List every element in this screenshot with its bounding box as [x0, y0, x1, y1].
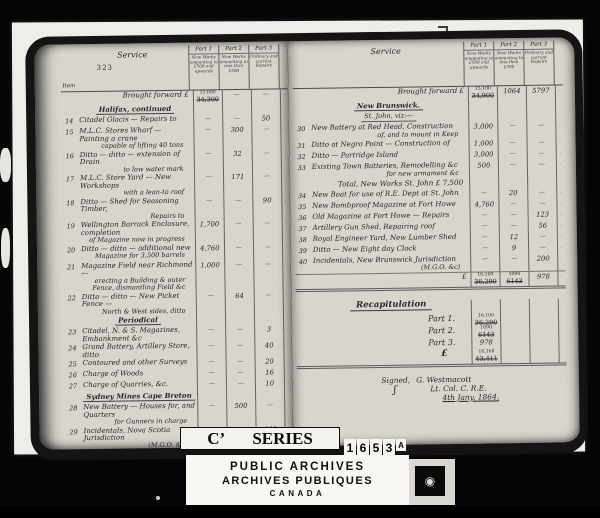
service-line: M.L.C. Stores Wharf — Painting a crane [79, 126, 161, 143]
item-number [294, 180, 310, 191]
item-number: 32 [293, 152, 309, 163]
amount-p2: 20 [498, 188, 527, 199]
item-number: 24 [64, 343, 80, 359]
service-line: Contoured and other Surveys [83, 358, 188, 367]
item-number: 14 [61, 116, 77, 127]
amount-p3: — [527, 188, 556, 199]
service-line: erecting a Building & outer Fence, disma… [81, 276, 193, 293]
pence-cell: · [280, 124, 288, 148]
amount-p3: — [251, 124, 280, 148]
reel-suffix: A [396, 439, 406, 451]
ledger-rows-left: Brought forward £15,00034,300——·Halifax,… [61, 89, 293, 461]
table-header: Service Part 1 New Works amounting to £5… [292, 40, 563, 89]
film-speck [1, 228, 10, 268]
amount-p2 [498, 177, 527, 188]
amount-p3: — [251, 89, 280, 102]
item-number: 21 [63, 262, 79, 293]
pence-cell: · [282, 259, 290, 290]
service-line: Recapitulation [350, 301, 432, 311]
amount-p3: — [252, 171, 281, 195]
ledger-book: Item Service 323 Part 1 New Works amount… [25, 29, 588, 461]
ledger-page-left: Item Service 323 Part 1 New Works amount… [34, 41, 293, 450]
item-number: 39 [295, 246, 311, 257]
reel-number: 1 6 5 3 A [344, 439, 406, 456]
amount-p1 [469, 177, 498, 188]
service-line: New Boat for use of R.E. Dept at St. Joh… [312, 189, 459, 199]
amount-p3: — [526, 121, 555, 138]
item-number [296, 340, 312, 352]
series-letter: C’ [207, 429, 225, 449]
item-number: 33 [294, 163, 310, 180]
pence-cell [558, 312, 566, 324]
item-number: 36 [294, 213, 310, 224]
service-text: Ditto — Shed for Seasoning Timber,Repair… [78, 196, 194, 221]
item-number [65, 392, 81, 403]
amount-p2 [497, 99, 526, 110]
amount-p2: 1064 [497, 86, 526, 99]
pence-cell [280, 102, 288, 113]
service-line: New Bombproof Magazine at Fort Howe [312, 200, 456, 210]
amount-p3: 20 [254, 356, 283, 367]
amount-p1 [193, 103, 222, 114]
amount-p1: — [197, 379, 226, 390]
pence-cell: · [556, 137, 564, 148]
item-number: 15 [61, 127, 77, 151]
amount-p2: — [224, 259, 253, 290]
amount-p1: 15,00034,300 [193, 90, 222, 103]
part2-column-header: Part 2 New Works amounting to less than … [493, 41, 524, 85]
amount-p2 [500, 349, 529, 363]
amount-p1: — [193, 149, 222, 173]
amount-p3: — [527, 149, 556, 160]
amount-p2: 171 [223, 172, 252, 196]
amount-p2: 64 [224, 290, 253, 314]
amount-p3: — [527, 138, 556, 149]
amount-p3 [254, 313, 283, 324]
reel-digit: 1 [344, 439, 356, 456]
service-line: New Brunswick. [354, 101, 423, 110]
service-text: £ [311, 273, 470, 289]
amount-p1: — [470, 243, 499, 254]
pence-cell: · [557, 209, 565, 220]
film-edge-bar [0, 506, 600, 518]
pence-cell: · [556, 198, 564, 209]
amount-p3 [251, 102, 280, 113]
service-line: Citadel, N. & S. Magazines, Embankment &… [82, 326, 180, 343]
amount-p3: 3 [254, 324, 283, 340]
pence-cell: · [280, 113, 288, 124]
amount-p2: — [225, 357, 254, 368]
amount-p1: — [197, 368, 226, 379]
amount-p1: 1,700 [194, 219, 223, 243]
pence-cell [555, 109, 563, 120]
amount-p1 [471, 299, 500, 313]
amount-p2: — [224, 242, 253, 259]
service-line: Total, New Works St. John £ 7,500 [338, 178, 463, 189]
amount-p3: — [255, 400, 284, 424]
service-text: Citadel, N. & S. Magazines, Embankment &… [80, 326, 196, 344]
service-line: Old Magazine at Fort Howe — Repairs [312, 211, 449, 221]
item-column-header: Item [60, 47, 77, 91]
amount-p1: 16,10036,290 [471, 313, 500, 325]
amount-p1: — [193, 114, 222, 125]
pence-cell [556, 176, 564, 187]
reel-digit: 5 [370, 439, 382, 456]
amount-p1 [196, 314, 225, 325]
pence-cell: · [557, 231, 565, 242]
struck-amount: 34,300 [194, 96, 222, 103]
ledger-row: 15M.L.C. Stores Wharf — Painting a crane… [61, 124, 288, 151]
amount-p3 [529, 324, 558, 336]
amount-p3: — [528, 243, 557, 254]
archives-line-en: PUBLIC ARCHIVES [186, 461, 409, 473]
item-number: 18 [62, 198, 78, 222]
item-number: 37 [295, 224, 311, 235]
item-number: 31 [293, 141, 309, 152]
pence-cell: · [284, 367, 292, 378]
signature-flourish: ʃ [297, 385, 411, 398]
item-number: 38 [295, 235, 311, 246]
ledger-rows-right: Brought forward £15,10034,90010645797·Ne… [293, 85, 567, 369]
amount-p3 [529, 348, 558, 362]
pence-column-header [553, 40, 563, 84]
pence-cell [555, 98, 563, 109]
amount-p2: — [498, 138, 527, 149]
ledger-row: 17M.L.C. Store Yard — New Workshopswith … [62, 171, 289, 198]
signature-block: Signed, ʃ G. Westmacott Lt. Col. C. R.E.… [297, 373, 568, 404]
service-line: £ [441, 349, 447, 359]
part1-column-header: Part 1 New Works amounting to £500 and u… [463, 41, 494, 85]
service-line: (M.G.O. &c) [313, 263, 468, 273]
service-line: Carried forward £ [130, 450, 194, 459]
amount-p1: — [470, 232, 499, 243]
amount-p2: — [223, 219, 252, 243]
amount-p3: — [527, 199, 556, 210]
amount-p1: — [196, 357, 225, 368]
amount-p1: — [196, 341, 225, 357]
service-line: Periodical [115, 316, 161, 325]
pence-cell: · [557, 253, 565, 270]
item-number [64, 316, 80, 327]
pence-cell: · [283, 324, 291, 340]
amount-p2 [500, 325, 529, 337]
amount-p3: 200 [528, 254, 557, 271]
pence-cell: · [557, 220, 565, 231]
amount-p2: 12 [499, 232, 528, 243]
amount-p3: 90 [252, 195, 281, 219]
item-number: 23 [64, 327, 80, 343]
pence-cell: · [284, 378, 292, 389]
part1-column-header: Part 1 New Works amounting to £500 and u… [188, 45, 219, 89]
reel-symbol-icon: ◉ [415, 466, 445, 496]
service-line: Magazine Field near Richmond — [81, 260, 192, 277]
amount-p1: 978 [471, 337, 500, 349]
service-line: Ditto — ditto — extension of Drain [80, 149, 180, 166]
pence-cell: · [280, 148, 288, 172]
amount-p1: 3,000 [468, 121, 497, 138]
item-number: 20 [63, 245, 79, 262]
ledger-row: 16Ditto — ditto — extension of Drainto l… [62, 148, 289, 175]
amount-p3: 40 [254, 340, 283, 356]
item-number [295, 275, 311, 289]
service-text: Wellington Barrack Enclosure, completion… [79, 220, 195, 245]
pence-cell: · [555, 120, 563, 137]
series-label: C’ SERIES [180, 427, 340, 450]
amount-p2: — [222, 90, 251, 103]
amount-p3: — [251, 148, 280, 172]
service-line: Charge of Quarries, &c. [83, 380, 168, 389]
table-header: Item Service 323 Part 1 New Works amount… [60, 44, 287, 92]
item-number: 34 [294, 191, 310, 202]
amount-p3 [526, 99, 555, 110]
service-line: Incidentals, Nova Scotia Jurisdiction [84, 425, 171, 442]
reel-digit: 6 [357, 439, 369, 456]
amount-p2: 9 [499, 243, 528, 254]
amount-p1: — [194, 172, 223, 196]
service-line: Artillery Gun Shed, Repairing roof [313, 222, 435, 232]
struck-amount: 34,900 [469, 92, 497, 99]
pence-cell: · [283, 356, 291, 367]
amount-p3: 50 [251, 113, 280, 124]
item-number: 27 [65, 381, 81, 392]
service-line: Grand Battery, Artillery Store, ditto [82, 342, 189, 359]
signed-label: Signed, ʃ [297, 375, 417, 404]
amount-p1: 15,10034,900 [468, 86, 497, 99]
item-column-header [292, 44, 309, 88]
amount-p1 [197, 390, 226, 401]
amount-p2: 500 [226, 401, 255, 425]
service-line: £ [462, 273, 467, 281]
amount-p3: — [528, 232, 557, 243]
amount-p2: 300 [222, 125, 251, 149]
amount-p2: — [498, 199, 527, 210]
pence-cell: · [281, 195, 289, 219]
service-text: M.L.C. Stores Wharf — Painting a craneca… [77, 126, 193, 151]
pence-cell: · [555, 85, 563, 98]
pence-column-header [278, 44, 288, 88]
amount-p3: — [253, 259, 282, 290]
amount-p1: — [470, 221, 499, 232]
archives-line-fr: ARCHIVES PUBLIQUES [186, 475, 409, 487]
service-line: Ditto — New Eight day Clock [313, 244, 417, 253]
amount-p2: — [226, 368, 255, 379]
page-number: 323 [97, 64, 113, 72]
struck-amount: 43,411 [473, 355, 501, 362]
amount-p2: — [223, 195, 252, 219]
service-line: Ditto at Negro Point — Construction of [311, 139, 449, 149]
ledger-row: 21Magazine Field near Richmond —erecting… [63, 259, 290, 293]
amount-p3: 16 [255, 367, 284, 378]
amount-p3 [526, 110, 555, 121]
service-line: Part 1. [428, 314, 455, 323]
amount-p1: — [197, 401, 226, 425]
amount-p2: — [498, 160, 527, 177]
ledger-row: 19Wellington Barrack Enclosure, completi… [63, 218, 290, 245]
item-number: 19 [63, 221, 79, 245]
service-text: Magazine Field near Richmond —erecting a… [79, 260, 195, 293]
amount-p2: — [498, 149, 527, 160]
struck-amount: 6143 [500, 277, 528, 284]
amount-p2: — [499, 221, 528, 232]
service-text: Carried forward £ [82, 450, 198, 461]
service-line: Royal Engineer Yard, New Lumber Shed [313, 233, 457, 243]
amount-p3: — [527, 160, 556, 177]
amount-p1: 16,10036,290 [470, 272, 499, 286]
amount-p1: 1,000 [469, 138, 498, 149]
pence-cell [283, 313, 291, 324]
item-number [293, 113, 309, 124]
ledger-row: £16,10036,29010906143978· [295, 270, 565, 292]
amount-p1: — [469, 188, 498, 199]
amount-p1: 500 [469, 160, 498, 177]
struck-amount: 36,290 [471, 278, 499, 285]
ledger-row: 18Ditto — Shed for Seasoning Timber,Repa… [62, 195, 289, 222]
ledger-page-right: Service Part 1 New Works amounting to £5… [288, 37, 580, 446]
amount-p2: — [222, 114, 251, 125]
signature-lines: G. Westmacott Lt. Col. C. R.E. 4th Jany.… [416, 373, 567, 402]
archives-line-country: CANADA [186, 489, 409, 498]
amount-p2: — [226, 379, 255, 390]
amount-p3 [529, 336, 558, 348]
amount-p1: 3,000 [469, 149, 498, 160]
amount-p2 [497, 110, 526, 121]
service-text: New Battery — Houses for, and Quartersfo… [81, 402, 197, 427]
amount-p1: — [470, 254, 499, 271]
service-line: Magazine for 3,500 barrels [81, 252, 193, 261]
part3-column-header: Part 3 Ordinary and current Repairs [248, 44, 279, 88]
service-line: Brought forward £ [123, 91, 189, 100]
service-line: Ditto — ditto — New Picket Fence — [82, 291, 180, 308]
pence-cell: · [557, 242, 565, 253]
ledger-row: 22Ditto — ditto — New Picket Fence —Nort… [64, 290, 291, 317]
item-number [296, 316, 312, 328]
service-line: Part 2. [428, 326, 455, 335]
amount-p1: 4,760 [195, 243, 224, 260]
amount-p2 [222, 103, 251, 114]
service-line: Halifax, continued [96, 105, 175, 115]
amount-p1: — [470, 210, 499, 221]
pence-cell [558, 324, 566, 336]
pence-cell: · [282, 290, 290, 314]
pence-cell: · [556, 159, 564, 176]
part2-column-header: Part 2 New Works amounting to less than … [218, 45, 249, 89]
service-text: Ditto — ditto — New Picket Fence —North … [80, 291, 196, 316]
amount-p3: — [253, 242, 282, 259]
amount-p2 [225, 314, 254, 325]
pence-cell: · [556, 148, 564, 159]
ledger-row: £18,16843,411 [296, 348, 566, 369]
ledger-row: 28New Battery — Houses for, and Quarters… [65, 400, 292, 427]
pence-cell: · [283, 340, 291, 356]
service-line: (M.G.O. &c) [84, 441, 196, 450]
pence-cell: · [281, 218, 289, 242]
item-number [61, 105, 77, 116]
amount-p2 [500, 299, 529, 313]
item-number: 17 [62, 174, 78, 198]
pence-cell: · [284, 400, 292, 424]
amount-p3: — [252, 218, 281, 242]
pence-cell: · [282, 242, 290, 259]
amount-p3 [255, 389, 284, 400]
service-line: St. John, viz:— [361, 112, 416, 121]
pence-cell [558, 336, 566, 348]
amount-p3: — [253, 290, 282, 314]
amount-p3: 123 [528, 210, 557, 221]
part3-column-header: Part 3 Ordinary and current Repairs [523, 41, 554, 85]
service-line: Ditto — Shed for Seasoning Timber, [80, 196, 178, 213]
item-number: 26 [65, 370, 81, 381]
amount-p1: 10906143 [471, 325, 500, 337]
item-number: 29 [66, 427, 82, 451]
series-word: SERIES [252, 429, 312, 449]
pence-cell: · [556, 187, 564, 198]
item-number [296, 328, 312, 340]
service-column-header: Service [308, 42, 464, 88]
service-line: Brought forward £ [398, 87, 464, 96]
service-text: Grand Battery, Artillery Store, ditto [80, 342, 196, 360]
amount-p1 [468, 110, 497, 121]
amount-p1: — [196, 325, 225, 341]
item-number: 22 [64, 293, 80, 317]
amount-p2: 10906143 [499, 272, 528, 286]
item-number: 30 [293, 124, 309, 141]
amount-p2: — [497, 121, 526, 138]
service-text: Ditto — ditto — additional newMagazine f… [79, 243, 195, 262]
amount-p2: — [225, 325, 254, 341]
amount-p1: 4,760 [469, 199, 498, 210]
item-number: 40 [295, 257, 311, 274]
amount-p1: — [193, 125, 222, 149]
amount-p2: — [499, 210, 528, 221]
book-spread: Item Service 323 Part 1 New Works amount… [34, 37, 580, 450]
service-line: Sydney Mines Cape Breton [83, 392, 194, 402]
amount-p1: 18,16843,411 [471, 349, 500, 363]
archives-stamp: PUBLIC ARCHIVES ARCHIVES PUBLIQUES CANAD… [186, 455, 409, 505]
amount-p3: 5797 [526, 86, 555, 99]
item-number [293, 102, 309, 113]
service-text: Ditto — ditto — extension of Drainto low… [78, 149, 194, 174]
item-number: 25 [65, 359, 81, 370]
amount-p1: — [194, 196, 223, 220]
pence-cell [558, 298, 566, 312]
service-text: Incidentals, New Brunswick Jurisdiction(… [311, 255, 470, 274]
amount-p3 [529, 312, 558, 324]
film-speck [0, 148, 11, 182]
amount-p3: 10 [255, 378, 284, 389]
amount-p1: — [195, 291, 224, 315]
amount-p3 [527, 177, 556, 188]
amount-p3: 56 [528, 221, 557, 232]
amount-p3: 978 [528, 271, 557, 285]
item-number: 16 [62, 151, 78, 175]
service-text: £ [312, 350, 471, 366]
amount-p2: — [499, 254, 528, 271]
item-number [66, 451, 82, 461]
item-number [293, 89, 309, 102]
film-speck [156, 496, 160, 500]
service-text: M.L.C. Store Yard — New Workshopswith a … [78, 173, 194, 198]
amount-p3 [529, 298, 558, 312]
service-line: Charge of Woods [83, 369, 144, 378]
item-number: 28 [65, 403, 81, 427]
service-line: Ditto — Partridge Island [311, 151, 398, 160]
amount-p1 [468, 99, 497, 110]
amount-p1: 1,000 [195, 260, 224, 291]
service-line: Part 3. [428, 338, 455, 347]
pence-cell: · [280, 89, 288, 102]
service-line: Citadel Glacis — Repairs to [79, 115, 176, 124]
item-number [61, 92, 77, 105]
